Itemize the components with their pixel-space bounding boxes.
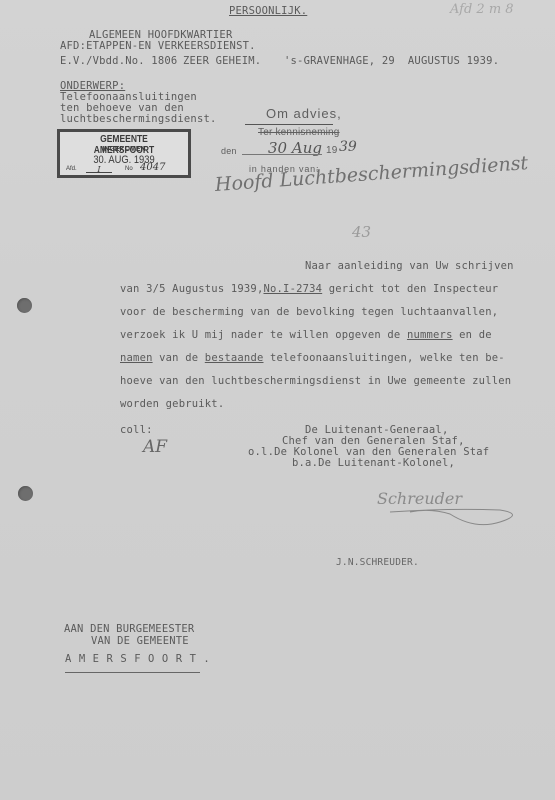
routing-divider (245, 124, 333, 125)
stamp-afd-value: I (86, 167, 112, 173)
body-line-5a: van de (153, 352, 205, 364)
reference-no: No.I-2734 (263, 283, 322, 295)
punch-hole-top (17, 298, 32, 313)
margin-note: 43 (352, 223, 371, 241)
collation-label: coll: (120, 424, 153, 436)
classification: ZEER GEHEIM. (183, 55, 261, 67)
body-line-6: hoeve van den luchtbeschermingsdienst in… (120, 375, 511, 387)
body-line-4b: en de (453, 329, 492, 341)
body-line-5b: telefoonaansluitingen, welke ten be- (264, 352, 505, 364)
addressee-line-3: A M E R S F O O R T . (65, 653, 210, 665)
routing-den-label: den (221, 146, 237, 156)
handwritten-recipient: Hoofd Luchtbeschermingsdienst (214, 152, 529, 196)
signature-flourish (380, 500, 530, 540)
subject-line-3: luchtbeschermingsdienst. (60, 113, 217, 125)
body-line-4: verzoek ik U mij nader te willen opgeven… (120, 329, 492, 341)
stamp-no-value: 4047 (140, 162, 165, 173)
body-line-5: namen van de bestaande telefoonaansluiti… (120, 352, 505, 364)
body-line-2b: gericht tot den Inspecteur (322, 283, 498, 295)
addressee-line-1: AAN DEN BURGEMEESTER (64, 623, 194, 635)
body-line-1: Naar aanleiding van Uw schrijven (305, 260, 514, 272)
punch-hole-bottom (18, 486, 33, 501)
body-line-2: van 3/5 Augustus 1939,No.I-2734 gericht … (120, 283, 498, 295)
addressee-underline (65, 672, 200, 673)
routing-den-line (242, 154, 322, 155)
received-stamp: GEMEENTE AMERSFOORT INGEKOMEN 30. AUG. 1… (57, 129, 191, 178)
routing-line-1: Om advies, (266, 106, 342, 121)
place-date: 's-GRAVENHAGE, 29 AUGUSTUS 1939. (284, 55, 499, 67)
signatory-name: J.N.SCHREUDER. (336, 557, 419, 568)
body-line-4a: verzoek ik U mij nader te willen opgeven… (120, 329, 407, 341)
signature-line-4: b.a.De Luitenant-Kolonel, (292, 457, 455, 469)
underlined-namen: namen (120, 352, 153, 364)
routing-year-value: 39 (339, 139, 357, 155)
reference-number: E.V./Vbdd.No. 1806 (60, 55, 177, 67)
routing-line-2: Ter kennisneming (258, 127, 340, 138)
underlined-nummers: nummers (407, 329, 453, 341)
body-line-2a: van 3/5 Augustus 1939, (120, 283, 263, 295)
archive-note: Afd 2 m 8 (450, 2, 514, 17)
scanned-letter-page: PERSOONLIJK. Afd 2 m 8 ALGEMEEN HOOFDKWA… (0, 0, 555, 800)
stamp-status: INGEKOMEN (60, 146, 188, 153)
addressee-line-2: VAN DE GEMEENTE (91, 635, 189, 647)
stamp-afd-label: Afd. (66, 166, 77, 172)
routing-year-prefix: 19 (326, 145, 338, 156)
body-line-3: voor de bescherming van de bevolking teg… (120, 306, 498, 318)
underlined-bestaande: bestaande (205, 352, 264, 364)
header-mark: PERSOONLIJK. (229, 5, 307, 17)
body-line-7: worden gebruikt. (120, 398, 224, 410)
sender-line-2: AFD:ETAPPEN-EN VERKEERSDIENST. (60, 40, 256, 52)
collation-initials: AF (143, 437, 167, 457)
stamp-no-label: No (125, 166, 133, 172)
